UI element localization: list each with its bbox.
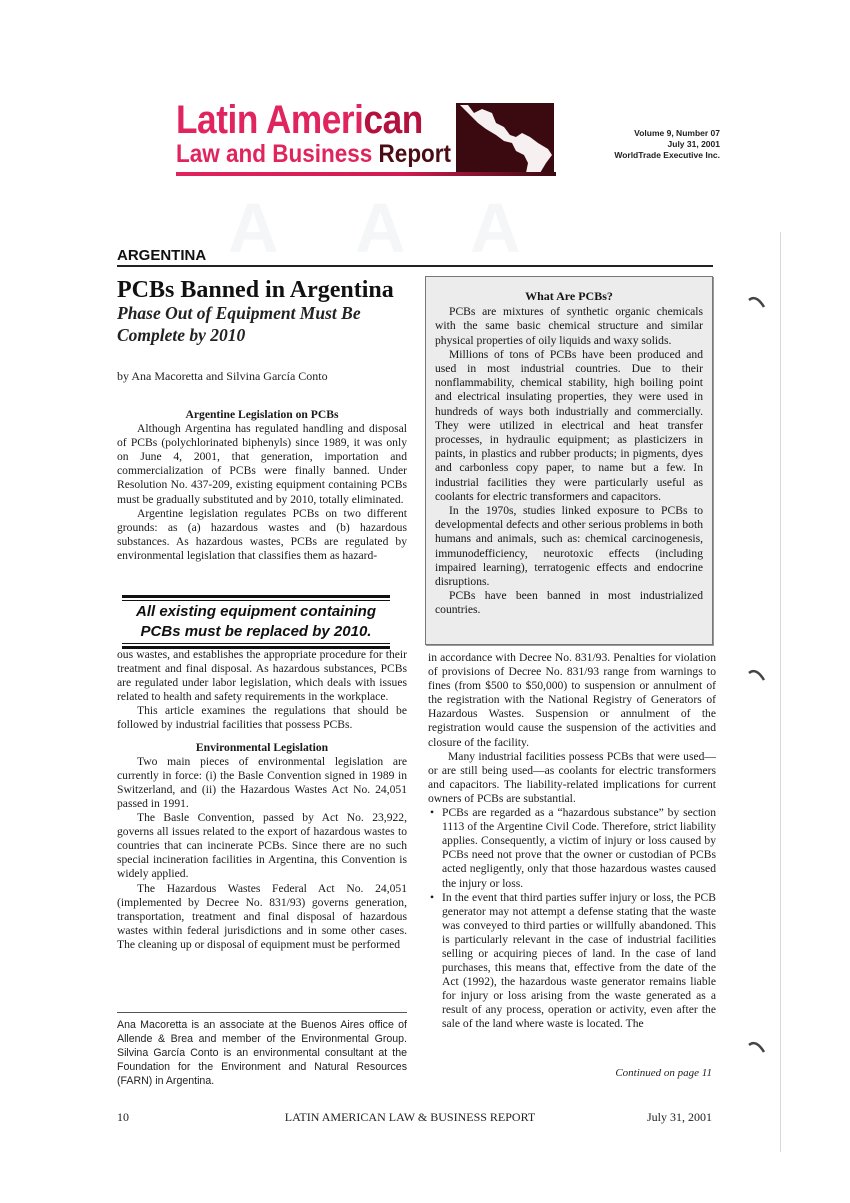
footer-publication: LATIN AMERICAN LAW & BUSINESS REPORT bbox=[270, 1110, 550, 1125]
paragraph: The Basle Convention, passed by Act No. … bbox=[117, 811, 407, 881]
paragraph: in accordance with Decree No. 831/93. Pe… bbox=[428, 651, 716, 750]
left-column-top: Argentine Legislation on PCBs Although A… bbox=[117, 402, 407, 563]
issue-date: July 31, 2001 bbox=[560, 139, 720, 150]
what-are-pcbs-sidebar: What Are PCBs? PCBs are mixtures of synt… bbox=[425, 276, 713, 645]
paragraph: Many industrial facilities possess PCBs … bbox=[428, 750, 716, 806]
binder-hole-icon bbox=[748, 668, 766, 682]
sidebar-paragraph: PCBs are mixtures of synthetic organic c… bbox=[435, 305, 703, 348]
list-item: In the event that third parties suffer i… bbox=[428, 891, 716, 1032]
paragraph: Two main pieces of environmental legisla… bbox=[117, 755, 407, 811]
masthead-logo: Latin American Law and Business Report bbox=[176, 100, 556, 178]
heading-environmental-legislation: Environmental Legislation bbox=[117, 741, 407, 755]
latin-america-map-icon bbox=[456, 103, 554, 173]
page-number: 10 bbox=[117, 1110, 129, 1125]
article-subtitle: Phase Out of Equipment Must Be Complete … bbox=[117, 302, 417, 346]
article-title: PCBs Banned in Argentina bbox=[117, 276, 394, 304]
page-edge-line bbox=[780, 232, 781, 1152]
paragraph: ous wastes, and establishes the appropri… bbox=[117, 648, 407, 704]
pull-quote: All existing equipment containing PCBs m… bbox=[122, 595, 390, 649]
publisher: WorldTrade Executive Inc. bbox=[560, 150, 720, 161]
continued-on-link[interactable]: Continued on page 11 bbox=[560, 1067, 712, 1079]
binder-hole-icon bbox=[748, 295, 766, 309]
section-label: ARGENTINA bbox=[117, 246, 713, 267]
list-item: PCBs are regarded as a “hazardous substa… bbox=[428, 806, 716, 891]
volume-number: Volume 9, Number 07 bbox=[560, 128, 720, 139]
masthead-title-line1: Latin American bbox=[176, 100, 423, 140]
sidebar-paragraph: In the 1970s, studies linked exposure to… bbox=[435, 504, 703, 589]
left-column-bottom: ous wastes, and establishes the appropri… bbox=[117, 648, 407, 952]
liability-list: PCBs are regarded as a “hazardous substa… bbox=[428, 806, 716, 1032]
sidebar-title: What Are PCBs? bbox=[435, 289, 703, 303]
author-footnote: Ana Macoretta is an associate at the Bue… bbox=[117, 1018, 407, 1088]
sidebar-paragraph: PCBs have been banned in most industrial… bbox=[435, 589, 703, 617]
paragraph: Although Argentina has regulated handlin… bbox=[117, 422, 407, 507]
paragraph: This article examines the regulations th… bbox=[117, 704, 407, 732]
paragraph: Argentine legislation regulates PCBs on … bbox=[117, 507, 407, 563]
byline: by Ana Macoretta and Silvina García Cont… bbox=[117, 369, 328, 384]
masthead-title-line2: Law and Business Report bbox=[176, 140, 451, 168]
right-column: in accordance with Decree No. 831/93. Pe… bbox=[428, 651, 716, 1032]
footer-date: July 31, 2001 bbox=[600, 1110, 712, 1125]
footnote-divider bbox=[117, 1012, 407, 1013]
binder-hole-icon bbox=[748, 1040, 766, 1054]
sidebar-paragraph: Millions of tons of PCBs have been produ… bbox=[435, 348, 703, 504]
masthead-bar bbox=[176, 172, 556, 176]
paragraph: The Hazardous Wastes Federal Act No. 24,… bbox=[117, 882, 407, 952]
heading-argentine-legislation: Argentine Legislation on PCBs bbox=[117, 408, 407, 422]
issue-info: Volume 9, Number 07 July 31, 2001 WorldT… bbox=[560, 128, 720, 161]
